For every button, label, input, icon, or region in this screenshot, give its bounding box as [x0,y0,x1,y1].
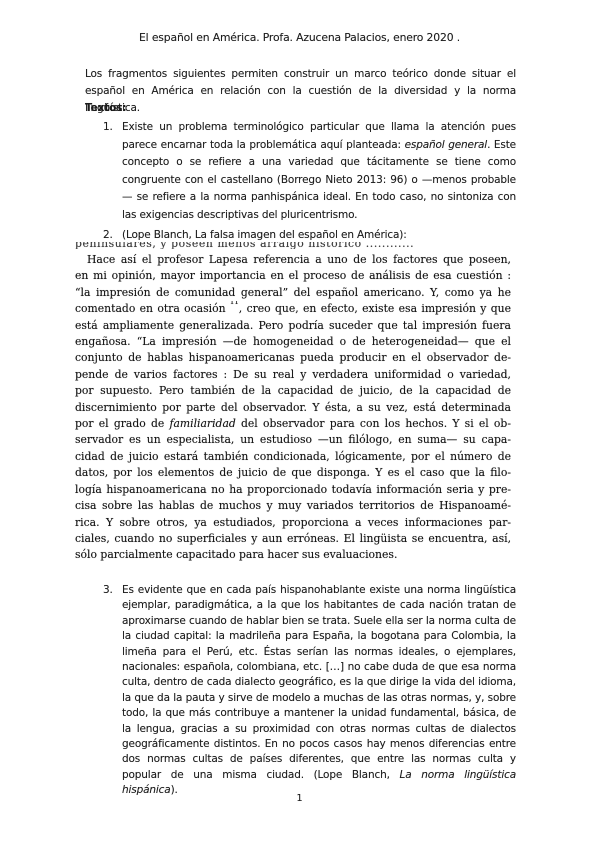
quote-line-italic: familiaridad [169,417,235,430]
list-item-3: 3. Es evidente que en cada país hispanoh… [85,583,516,799]
quote-line: sólo parcialmente capacitado para hacer … [75,547,511,563]
quote-line: conjunto de hablas hispanoamericanas pue… [75,350,511,366]
quote-line-segment: por el grado de [75,417,169,430]
scanned-quote-block: peninsulares, y poseen menos arraigo his… [75,242,511,564]
quote-line: por el grado de familiaridad del observa… [75,416,511,432]
quote-line: rica. Y sobre otros, ya estudiados, prop… [75,515,511,531]
item-number: 1. [103,119,113,137]
item-number: 3. [103,583,113,598]
quote-line: cisa sobre las hablas de muchos y muy va… [75,498,511,514]
intro-paragraph: Los fragmentos siguientes permiten const… [85,66,516,117]
item-text-italic: español general [405,139,488,151]
quote-line: “la impresión de comunidad general” del … [75,285,511,301]
quote-line: pende de varios factores : De su real y … [75,367,511,383]
quote-line: logía hispanoamericana no ha proporciona… [75,482,511,498]
page-number: 1 [0,793,599,804]
quote-line: servador es un especialista, un estudios… [75,432,511,448]
quote-line-segment: , creo que, en efecto, existe esa impres… [239,302,511,315]
quote-clipped-line: peninsulares, y poseen menos arraigo his… [75,242,511,249]
page-title: El español en América. Profa. Azucena Pa… [0,31,599,44]
item-text: Es evidente que en cada país hispanohabl… [122,583,516,799]
footnote-marker: 11 [230,301,239,306]
quote-line: por supuesto. Pero también de la capacid… [75,383,511,399]
quote-line: Hace así el profesor Lapesa referencia a… [75,252,511,268]
quote-line: en mi opinión, mayor importancia en el p… [75,268,511,284]
quote-line: engañosa. “La impresión —de homogeneidad… [75,334,511,350]
quote-line-segment: del observador para con los hechos. Y si… [236,417,511,430]
quote-line: datos, por los elementos de juicio de qu… [75,465,511,481]
list-item-1: 1. Existe un problema terminológico part… [85,119,516,225]
quote-clipped-text: peninsulares, y poseen menos arraigo his… [75,242,511,249]
quote-line: discernimiento por parte del observador.… [75,400,511,416]
item-text-segment: Es evidente que en cada país hispanohabl… [122,584,516,781]
quote-line: comentado en otra ocasión 11, creo que, … [75,301,511,317]
quote-line-segment: comentado en otra ocasión [75,302,230,315]
document-page: El español en América. Profa. Azucena Pa… [0,0,599,848]
quote-line: ciales, cuando no superficiales y aun er… [75,531,511,547]
textos-label: Textos: [85,100,126,117]
item-text: Existe un problema terminológico particu… [122,119,516,225]
quote-line: está ampliamente generalizada. Pero podr… [75,318,511,334]
quote-line: cidad de juicio estará también condicion… [75,449,511,465]
